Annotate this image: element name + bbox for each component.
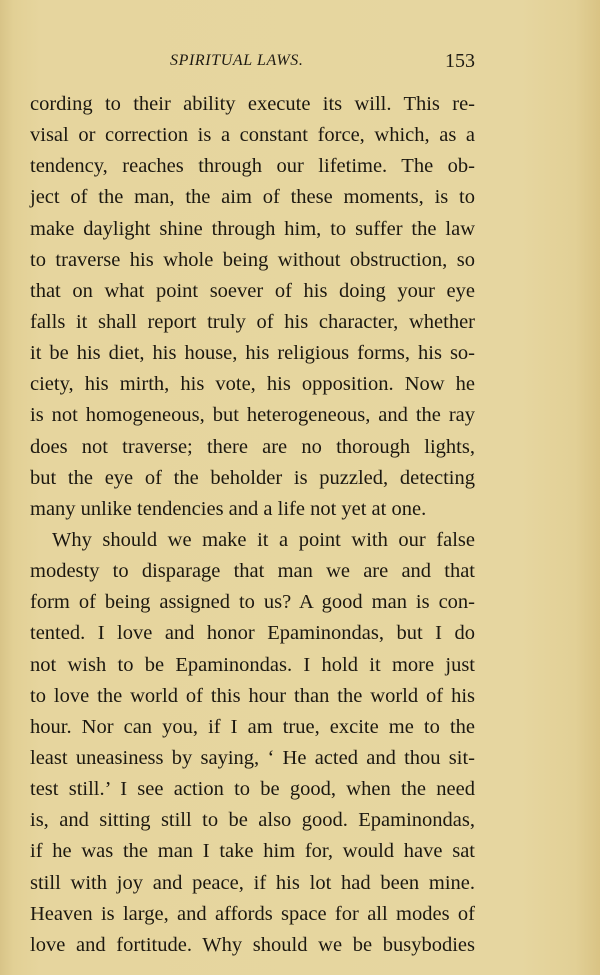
text-line: form of being assigned to us? A good man… bbox=[30, 587, 475, 618]
text-line: cording to their ability execute its wil… bbox=[30, 89, 475, 120]
text-line: hour. Nor can you, if I am true, excite … bbox=[30, 712, 475, 743]
text-line: if he was the man I take him for, would … bbox=[30, 836, 475, 867]
body-text: cording to their ability execute its wil… bbox=[30, 89, 475, 961]
book-page: SPIRITUAL LAWS. 153 cording to their abi… bbox=[0, 0, 600, 975]
text-line: tented. I love and honor Epaminondas, bu… bbox=[30, 618, 475, 649]
paragraph-1: cording to their ability execute its wil… bbox=[30, 89, 475, 525]
running-title: SPIRITUAL LAWS. bbox=[170, 52, 303, 70]
text-line: tendency, reaches through our lifetime. … bbox=[30, 151, 475, 182]
text-line: does not traverse; there are no thorough… bbox=[30, 432, 475, 463]
text-line: it be his diet, his house, his religious… bbox=[30, 338, 475, 369]
text-line: make daylight shine through him, to suff… bbox=[30, 214, 475, 245]
text-line: not wish to be Epaminondas. I hold it mo… bbox=[30, 650, 475, 681]
page-number: 153 bbox=[445, 50, 475, 73]
text-line: still with joy and peace, if his lot had… bbox=[30, 868, 475, 899]
text-line: love and fortitude. Why should we be bus… bbox=[30, 930, 475, 961]
text-line: is, and sitting still to be also good. E… bbox=[30, 805, 475, 836]
text-line: Heaven is large, and affords space for a… bbox=[30, 899, 475, 930]
text-line: to love the world of this hour than the … bbox=[30, 681, 475, 712]
page-header: SPIRITUAL LAWS. 153 bbox=[30, 52, 475, 84]
text-line: is not homogeneous, but heterogeneous, a… bbox=[30, 400, 475, 431]
text-line: test still.’ I see action to be good, wh… bbox=[30, 774, 475, 805]
paragraph-2: Why should we make it a point with our f… bbox=[30, 525, 475, 961]
text-line: modesty to disparage that man we are and… bbox=[30, 556, 475, 587]
text-line: to traverse his whole being without obst… bbox=[30, 245, 475, 276]
text-line: that on what point soever of his doing y… bbox=[30, 276, 475, 307]
text-line: Why should we make it a point with our f… bbox=[30, 525, 475, 556]
text-line: falls it shall report truly of his chara… bbox=[30, 307, 475, 338]
text-line: least uneasiness by saying, ‘ He acted a… bbox=[30, 743, 475, 774]
text-line: ciety, his mirth, his vote, his oppositi… bbox=[30, 369, 475, 400]
text-line: but the eye of the beholder is puzzled, … bbox=[30, 463, 475, 494]
text-line: many unlike tendencies and a life not ye… bbox=[30, 494, 475, 525]
text-line: visal or correction is a constant force,… bbox=[30, 120, 475, 151]
text-line: ject of the man, the aim of these moment… bbox=[30, 182, 475, 213]
